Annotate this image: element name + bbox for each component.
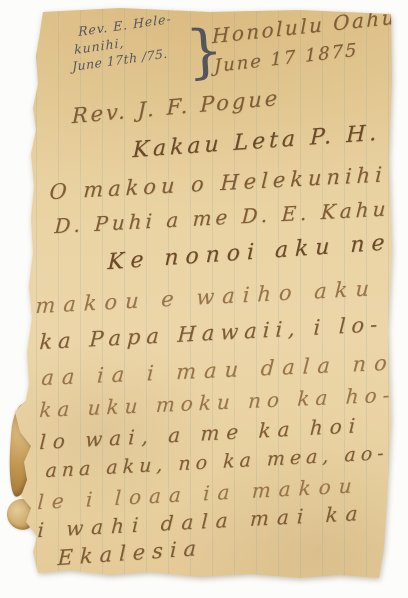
scan-background: Rev. E. Hele- kunihi, June 17th /75. } H… <box>0 0 408 598</box>
letter-paper-wrapper: Rev. E. Hele- kunihi, June 17th /75. } H… <box>0 0 408 598</box>
letter-paper: Rev. E. Hele- kunihi, June 17th /75. } H… <box>0 0 408 598</box>
